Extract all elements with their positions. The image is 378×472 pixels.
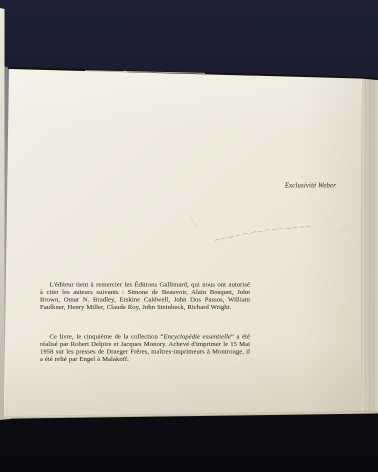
collection-title: Encyclopédie essentielle <box>163 333 230 341</box>
colophon-text-before: Ce livre, le cinquième de la collection … <box>50 333 164 341</box>
acknowledgment-paragraph: L'éditeur tient à remercier les Éditions… <box>40 281 250 311</box>
book-photo-scene: Exclusivité Weber L'éditeur tient à reme… <box>0 0 378 472</box>
colophon-paragraph: Ce livre, le cinquième de la collection … <box>40 333 250 363</box>
exclusivity-note: Exclusivité Weber <box>215 182 336 190</box>
page-text-layer: Exclusivité Weber L'éditeur tient à reme… <box>0 0 378 472</box>
